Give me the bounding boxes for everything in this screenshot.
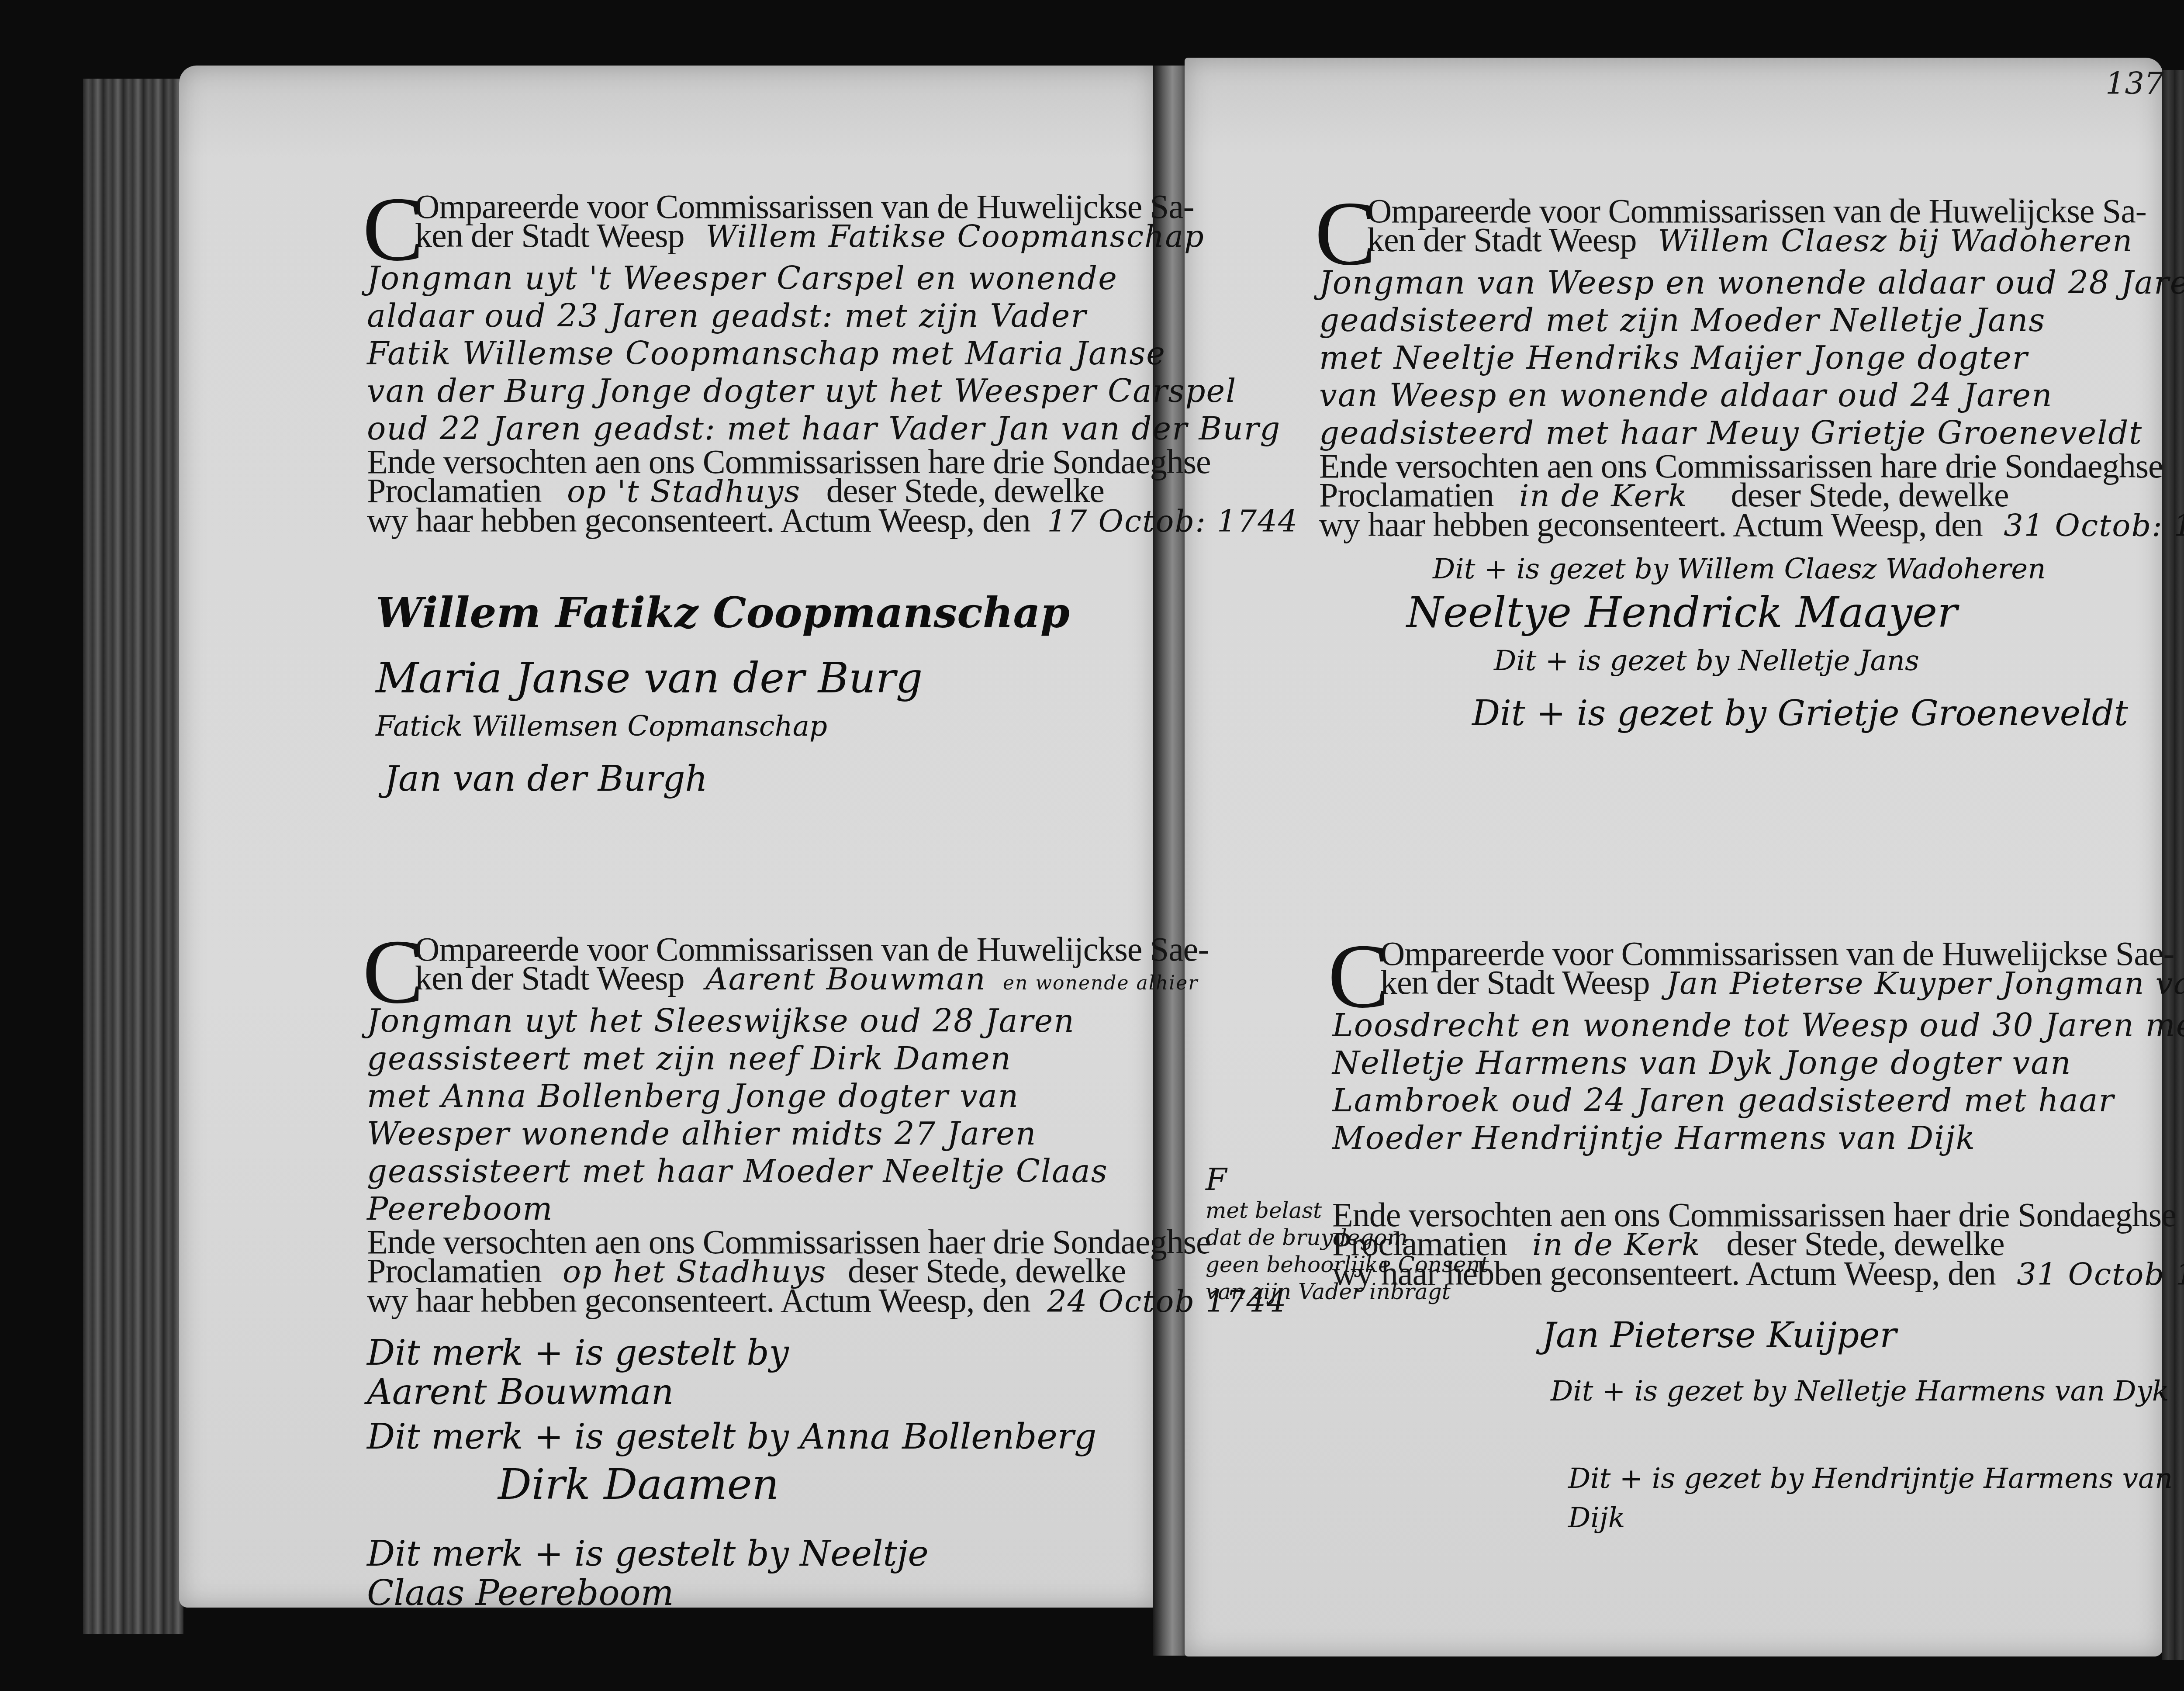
groom-name: Willem Fatikse Coopmanschap	[705, 218, 1205, 254]
entry-date: 31 Octob: 1744	[2004, 508, 2184, 543]
margin-note-line: dat de bruydegom	[1206, 1224, 1489, 1251]
printed-consent-line: wy haar hebben geconsenteert. Actum Wees…	[367, 506, 1306, 536]
signature: Dit + is gezet by Nelletje Harmens van D…	[1542, 1372, 2184, 1459]
margin-note-line: van zijn Vader inbragt	[1206, 1278, 1489, 1305]
entry-date: 17 Octob: 1744	[1047, 503, 1298, 539]
body-line: geassisteert met zijn neef Dirk Damen	[367, 1040, 1306, 1077]
handwritten-body: Jongman uyt het Sleeswijkse oud 28 Jaren…	[367, 1002, 1306, 1228]
printed-header-line-2: ken der Stadt Weesp Aarent Bouwman en wo…	[367, 964, 1306, 998]
body-line: van der Burg Jonge dogter uyt het Weespe…	[367, 372, 1306, 410]
register-entry-top-right: C Ompareerde voor Commissarissen van de …	[1319, 197, 2184, 741]
signature: Dit merk + is gestelt by Aarent Bouwman	[367, 1333, 891, 1416]
decorative-initial: C	[1328, 935, 1389, 1018]
signatures: Dit merk + is gestelt by Aarent Bouwman …	[367, 1333, 1306, 1613]
page-number: 137	[2105, 66, 2164, 101]
printed-consent-line: wy haar hebben geconsenteert. Actum Wees…	[367, 1286, 1306, 1316]
groom-name: Aarent Bouwman	[705, 961, 986, 997]
consent-prefix: wy haar hebben geconsenteert. Actum Wees…	[367, 1281, 1030, 1319]
margin-note-line: met belast	[1206, 1197, 1489, 1224]
body-line: geadsisteerd met haar Meuy Grietje Groen…	[1319, 414, 2184, 452]
signature: Dirk Daamen	[367, 1460, 1306, 1534]
body-line: met Neeltje Hendriks Maijer Jonge dogter	[1319, 339, 2184, 377]
body-line: geassisteert met haar Moeder Neeltje Cla…	[367, 1152, 1306, 1190]
signature: Dit + is gezet by Hendrijntje Harmens va…	[1542, 1459, 2184, 1538]
page-edge-stack-left	[83, 79, 183, 1634]
signature: Dit + is gezet by Willem Claesz Wadohere…	[1406, 553, 2184, 588]
printed-consent-line: wy haar hebben geconsenteert. Actum Wees…	[1319, 510, 2184, 540]
body-line: Jongman uyt het Sleeswijkse oud 28 Jaren	[367, 1002, 1306, 1040]
handwritten-body: Jongman van Weesp en wonende aldaar oud …	[1319, 264, 2184, 452]
signature: Fatick Willemsen Copmanschap	[376, 710, 1306, 758]
body-line: Fatik Willemse Coopmanschap met Maria Ja…	[367, 335, 1306, 372]
signatures: Dit + is gezet by Willem Claesz Wadohere…	[1319, 553, 2184, 741]
margin-note-line: geen behoorlijke Consent	[1206, 1251, 1489, 1278]
signature: Neeltye Hendrick Maayer	[1406, 588, 2184, 645]
body-line: Weesper wonende alhier midts 27 Jaren	[367, 1115, 1306, 1152]
body-line: Moeder Hendrijntje Harmens van Dijk	[1332, 1119, 2184, 1157]
signature: Jan van der Burgh	[376, 758, 1306, 806]
groom-name: Willem Claesz bij Wadoheren	[1658, 223, 2133, 259]
signature: Willem Fatikz Coopmanschap	[376, 588, 1306, 654]
signature: Dit + is gezet by Grietje Groeneveldt	[1406, 693, 2184, 741]
body-line: Nelletje Harmens van Dyk Jonge dogter va…	[1332, 1044, 2184, 1082]
signature: Jan Pieterse Kuijper	[1542, 1315, 2184, 1372]
body-line: geadsisteerd met zijn Moeder Nelletje Ja…	[1319, 301, 2184, 339]
body-line: Jongman uyt 't Weesper Carspel en wonend…	[367, 259, 1306, 297]
signatures: Willem Fatikz Coopmanschap Maria Janse v…	[367, 588, 1306, 806]
signature: Maria Janse van der Burg	[376, 654, 1306, 710]
signature: Dit merk + is gestelt by Anna Bollenberg	[367, 1416, 1306, 1460]
entry-date: 31 Octob 1744	[2017, 1256, 2184, 1292]
printed-city-line: ken der Stadt Weesp	[1380, 963, 1650, 1001]
consent-prefix: wy haar hebben geconsenteert. Actum Wees…	[367, 501, 1030, 539]
handwritten-body: Loosdrecht en wonende tot Weesp oud 30 J…	[1332, 1006, 2184, 1157]
margin-annotation: F met belast dat de bruydegom geen behoo…	[1206, 1162, 1489, 1305]
signature: Dit + is gezet by Nelletje Jans	[1406, 645, 2184, 693]
printed-city-line: ken der Stadt Weesp	[1367, 221, 1637, 259]
decorative-initial: C	[363, 188, 424, 271]
register-entry-top-left: C Ompareerde voor Commissarissen van de …	[367, 192, 1306, 806]
groom-name: Jan Pieterse Kuyper Jongman van	[1666, 965, 2184, 1001]
decorative-initial: C	[1315, 192, 1376, 275]
body-line: van Weesp en wonende aldaar oud 24 Jaren	[1319, 377, 2184, 414]
decorative-initial: C	[363, 930, 424, 1013]
body-line: oud 22 Jaren geadst: met haar Vader Jan …	[367, 410, 1306, 447]
printed-header-line-2: ken der Stadt Weesp Willem Claesz bij Wa…	[1319, 225, 2184, 255]
printed-city-line: ken der Stadt Weesp	[415, 959, 684, 997]
body-line: Jongman van Weesp en wonende aldaar oud …	[1319, 264, 2184, 301]
margin-mark: F	[1206, 1162, 1489, 1197]
consent-prefix: wy haar hebben geconsenteert. Actum Wees…	[1319, 505, 1983, 543]
body-line: Peereboom	[367, 1190, 1306, 1228]
body-line: met Anna Bollenberg Jonge dogter van	[367, 1077, 1306, 1115]
register-entry-bottom-left: C Ompareerde voor Commissarissen van de …	[367, 935, 1306, 1613]
signature: Dit merk + is gestelt by Neeltje Claas P…	[367, 1534, 935, 1613]
body-line: Loosdrecht en wonende tot Weesp oud 30 J…	[1332, 1006, 2184, 1044]
groom-note: en wonende alhier	[1003, 972, 1198, 994]
body-line: Lambroek oud 24 Jaren geadsisteerd met h…	[1332, 1082, 2184, 1119]
handwritten-body: Jongman uyt 't Weesper Carspel en wonend…	[367, 259, 1306, 447]
printed-header-line-2: ken der Stadt Weesp Willem Fatikse Coopm…	[367, 221, 1306, 251]
signatures: Jan Pieterse Kuijper Dit + is gezet by N…	[1332, 1315, 2184, 1538]
body-line: aldaar oud 23 Jaren geadst: met zijn Vad…	[367, 297, 1306, 335]
printed-city-line: ken der Stadt Weesp	[415, 216, 684, 254]
printed-header-line-2: ken der Stadt Weesp Jan Pieterse Kuyper …	[1332, 968, 2184, 998]
